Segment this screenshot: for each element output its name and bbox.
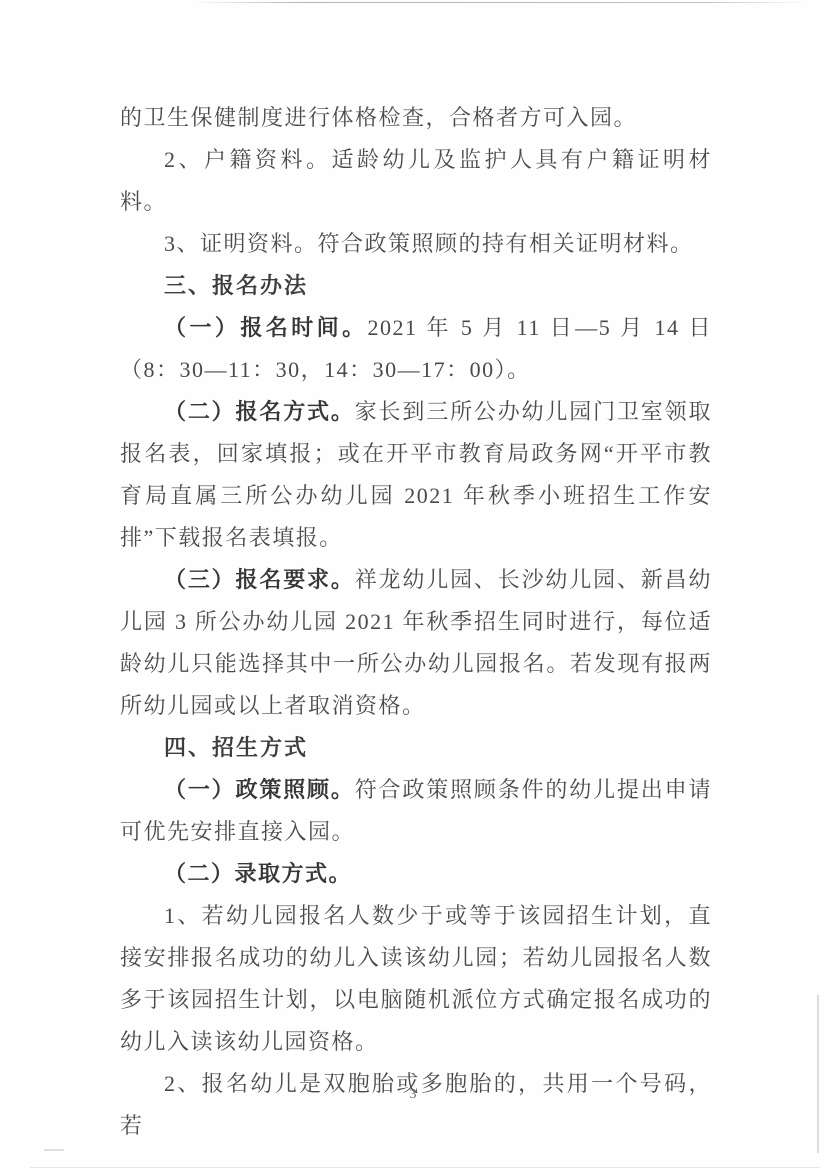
list-item-admission-rule-2: 2、报名幼儿是双胞胎或多胞胎的，共用一个号码，若	[120, 1063, 712, 1147]
scan-artifact-speck	[44, 1149, 64, 1151]
section-heading-enrollment-method: 四、招生方式	[120, 727, 712, 769]
paragraph-label-admission-method: （二）录取方式。	[164, 861, 352, 886]
paragraph-policy-care: （一）政策照顾。符合政策照顾条件的幼儿提出申请可优先安排直接入园。	[120, 769, 712, 853]
paragraph-admission-method: （二）录取方式。	[120, 853, 712, 895]
paragraph-registration-way: （二）报名方式。家长到三所公办幼儿园门卫室领取报名表，回家填报；或在开平市教育局…	[120, 391, 712, 559]
paragraph-label-registration-way: （二）报名方式。	[164, 399, 355, 424]
scan-artifact-right-edge	[817, 995, 819, 1153]
paragraph-health-check-continuation: 的卫生保健制度进行体格检查，合格者方可入园。	[120, 97, 712, 139]
page-number: 3	[410, 1087, 417, 1102]
paragraph-label-policy-care: （一）政策照顾。	[164, 777, 355, 802]
document-page: 的卫生保健制度进行体格检查，合格者方可入园。 2、户籍资料。适龄幼儿及监护人具有…	[0, 0, 826, 1168]
list-item-household-registration: 2、户籍资料。适龄幼儿及监护人具有户籍证明材料。	[120, 139, 712, 223]
paragraph-registration-time: （一）报名时间。2021 年 5 月 11 日—5 月 14 日（8：30—11…	[120, 307, 712, 391]
paragraph-label-registration-requirements: （三）报名要求。	[164, 567, 355, 592]
paragraph-registration-requirements: （三）报名要求。祥龙幼儿园、长沙幼儿园、新昌幼儿园 3 所公办幼儿园 2021 …	[120, 559, 712, 727]
list-item-certificate-materials: 3、证明资料。符合政策照顾的持有相关证明材料。	[120, 223, 712, 265]
list-item-admission-rule-1: 1、若幼儿园报名人数少于或等于该园招生计划，直接安排报名成功的幼儿入读该幼儿园；…	[120, 895, 712, 1063]
section-heading-registration-method: 三、报名办法	[120, 265, 712, 307]
paragraph-label-registration-time: （一）报名时间。	[164, 315, 368, 340]
document-body: 的卫生保健制度进行体格检查，合格者方可入园。 2、户籍资料。适龄幼儿及监护人具有…	[120, 97, 712, 1147]
scan-artifact-top-edge	[190, 2, 810, 3]
page-footer: 3	[0, 1086, 826, 1104]
